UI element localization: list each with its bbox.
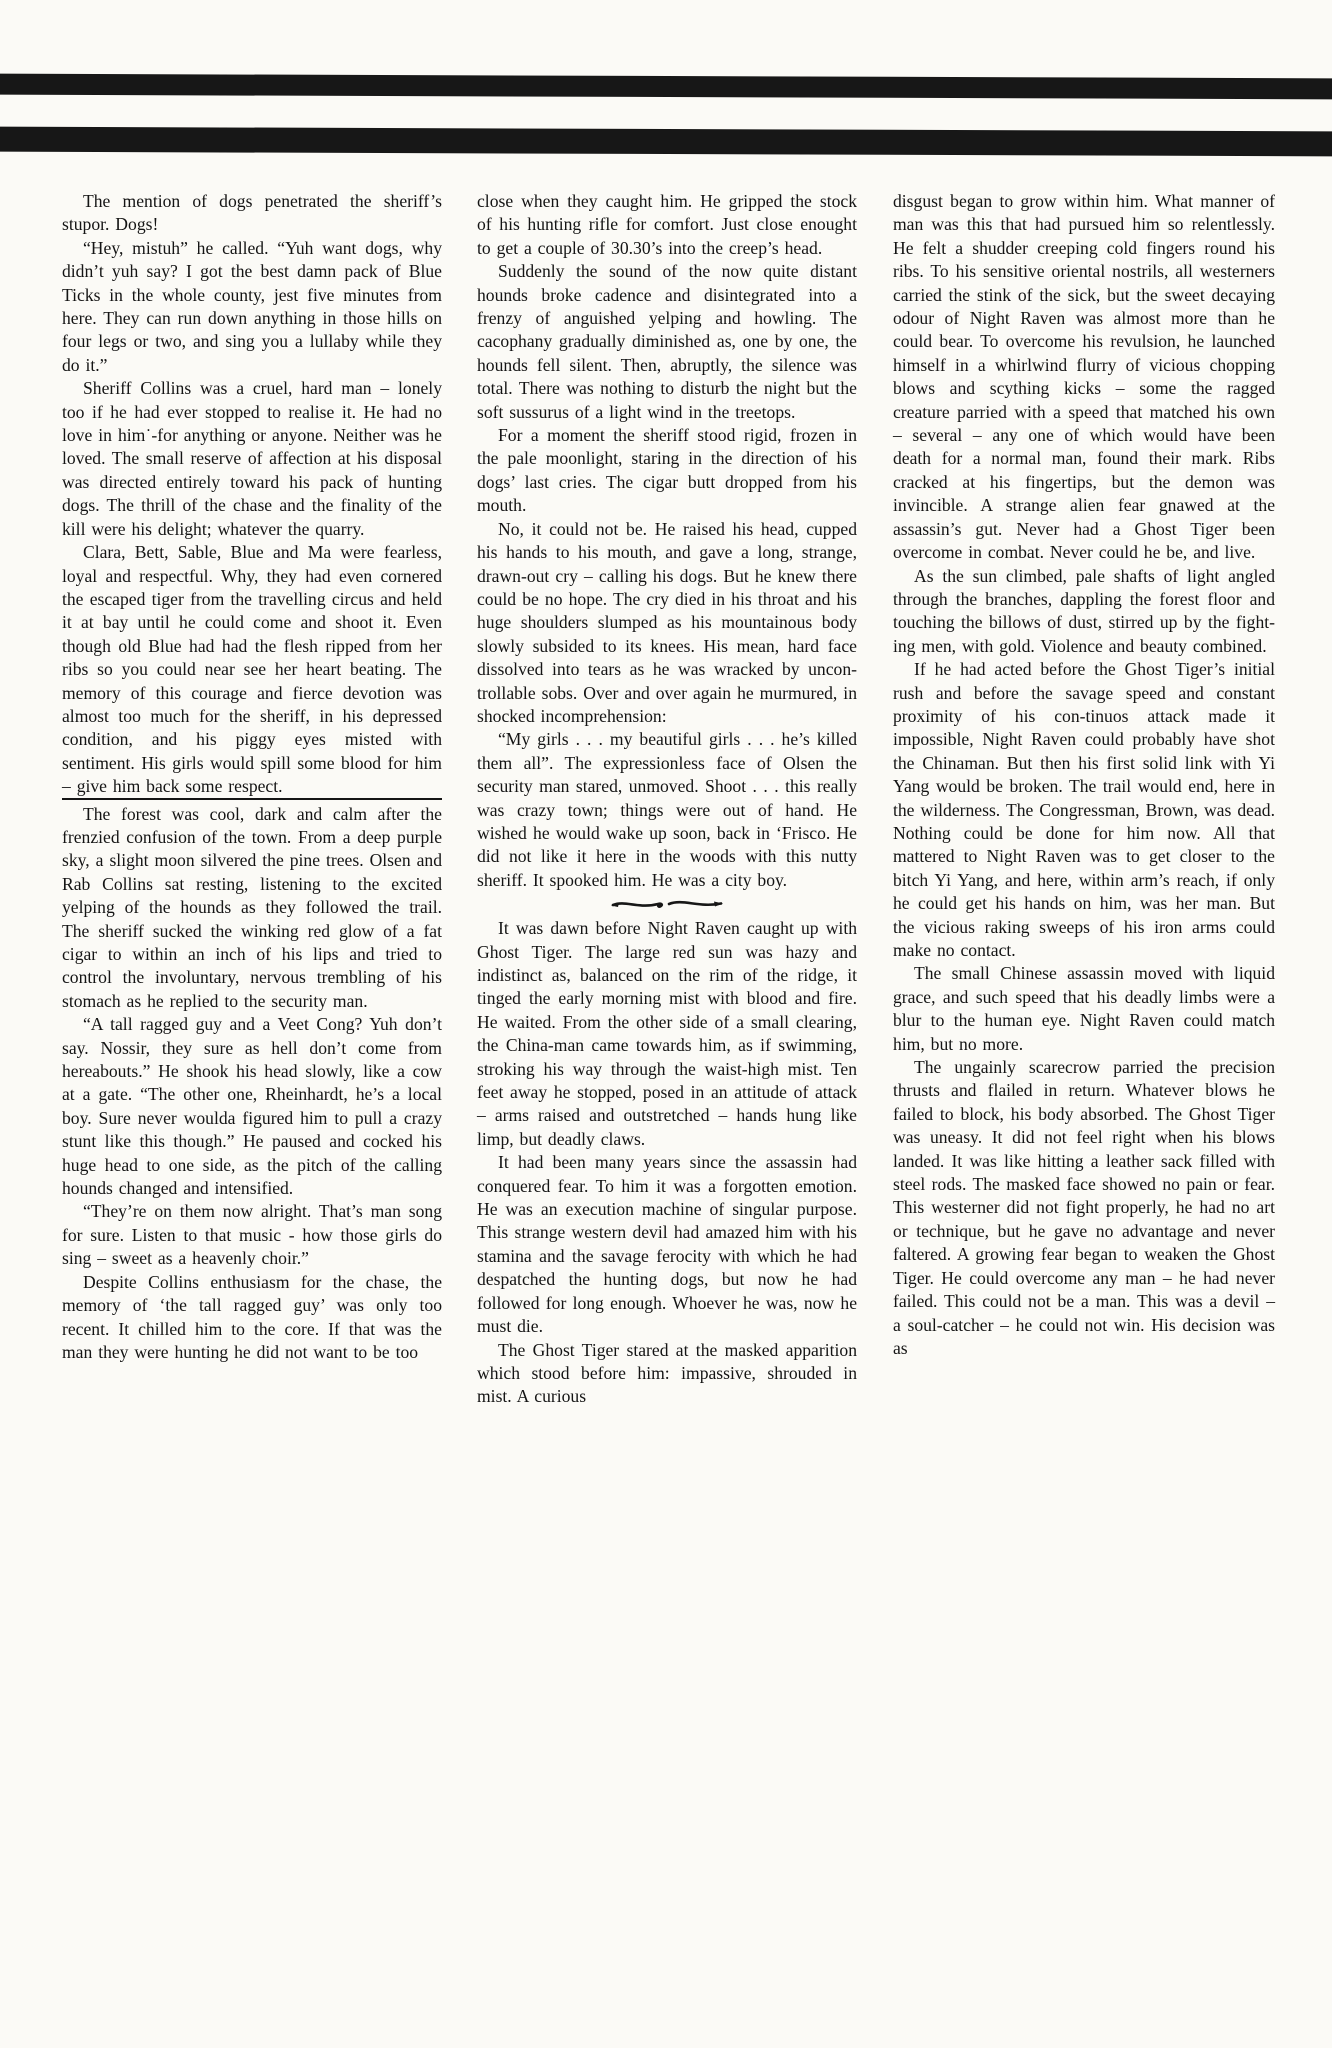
story-paragraph: The ungainly scarecrow parried the preci… xyxy=(893,1056,1275,1360)
story-paragraph: For a moment the sheriff stood rigid, fr… xyxy=(477,424,857,518)
story-paragraph: “My girls . . . my beautiful girls . . .… xyxy=(477,728,857,892)
story-paragraph: “A tall ragged guy and a Veet Cong? Yuh … xyxy=(62,1013,442,1200)
story-paragraph: Clara, Bett, Sable, Blue and Ma were fea… xyxy=(62,541,442,798)
story-paragraph: Despite Collins enthusiasm for the chase… xyxy=(62,1271,442,1365)
story-paragraph: No, it could not be. He raised his head,… xyxy=(477,518,857,729)
story-paragraph: It was dawn before Night Raven caught up… xyxy=(477,917,857,1151)
story-paragraph: The forest was cool, dark and calm after… xyxy=(62,803,442,1014)
story-paragraph: It had been many years since the assassi… xyxy=(477,1151,857,1338)
story-paragraph: As the sun climbed, pale shafts of light… xyxy=(893,565,1275,659)
story-paragraph: disgust began to grow within him. What m… xyxy=(893,190,1275,565)
story-paragraph: “They’re on them now alright. That’s man… xyxy=(62,1200,442,1270)
section-divider-flourish xyxy=(477,897,857,911)
flourish-swash-icon xyxy=(611,897,723,911)
story-paragraph: “Hey, mistuh” he called. “Yuh want dogs,… xyxy=(62,237,442,377)
story-paragraph: The mention of dogs penetrated the sheri… xyxy=(62,190,442,237)
story-paragraph: Sheriff Collins was a cruel, hard man – … xyxy=(62,377,442,541)
header-rule-bar-bottom xyxy=(0,127,1332,157)
story-paragraph: Suddenly the sound of the now quite dist… xyxy=(477,260,857,424)
header-rule-bar-top xyxy=(0,74,1332,100)
text-column: The mention of dogs penetrated the sheri… xyxy=(62,190,442,1364)
story-paragraph: The Ghost Tiger stared at the masked app… xyxy=(477,1339,857,1409)
story-paragraph: If he had acted before the Ghost Tiger’s… xyxy=(893,658,1275,962)
story-paragraph: close when they caught him. He gripped t… xyxy=(477,190,857,260)
text-column: disgust began to grow within him. What m… xyxy=(893,190,1275,1360)
story-paragraph: The small Chinese assassin moved with li… xyxy=(893,962,1275,1056)
text-column: close when they caught him. He gripped t… xyxy=(477,190,857,1409)
